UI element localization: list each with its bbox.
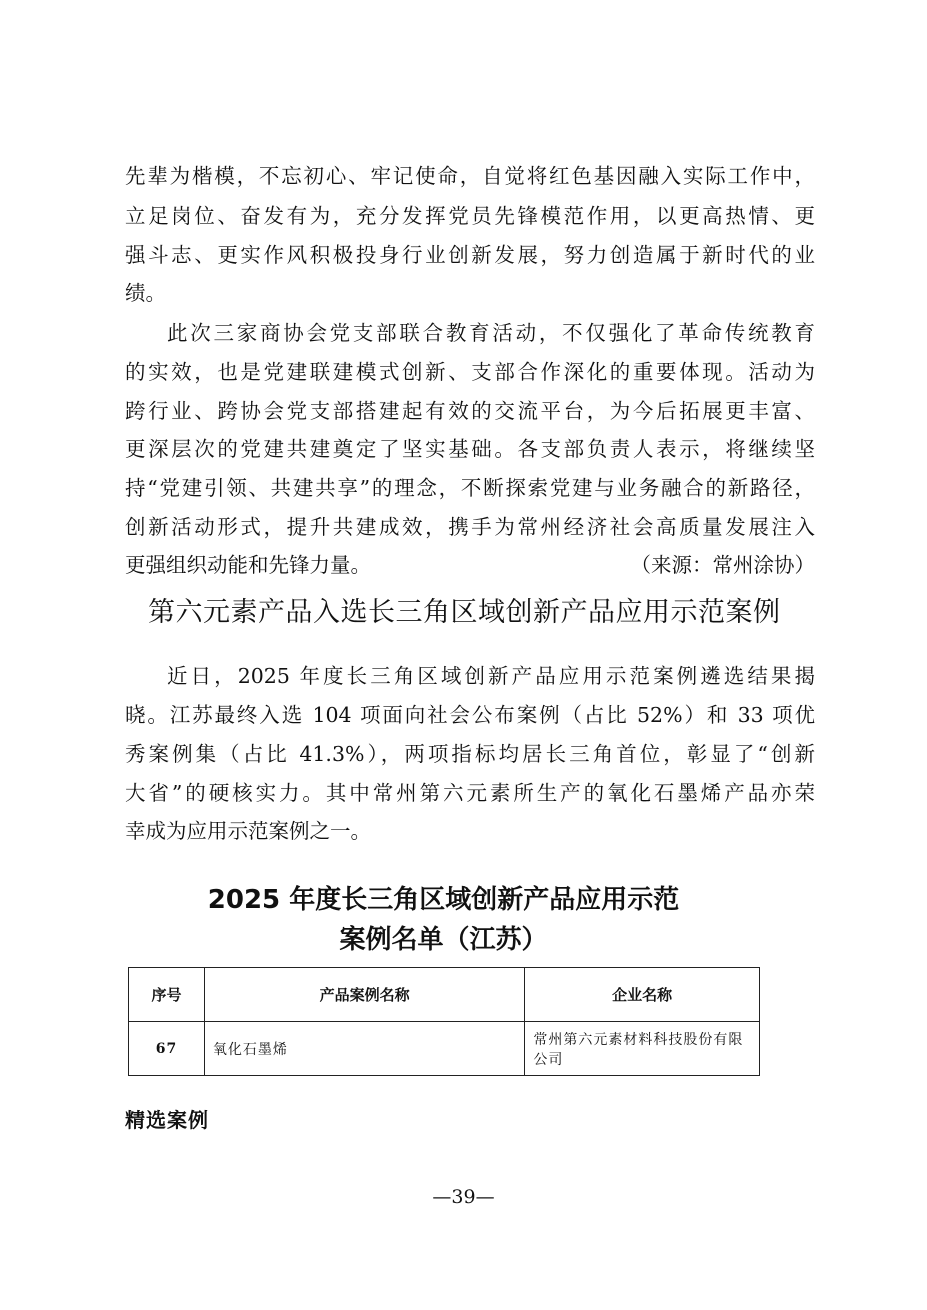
column-header-index: 序号 — [129, 968, 205, 1022]
paragraph-line: 秀案例集（占比 41.3%），两项指标均居长三角首位，彰显了“创新 — [125, 739, 815, 769]
paragraph-line: 此次三家商协会党支部联合教育活动，不仅强化了革命传统教育 — [125, 318, 815, 348]
source-attribution: （来源：常州涂协） — [631, 550, 816, 580]
figure-title-line-2: 案例名单（江苏） — [128, 920, 759, 960]
paragraph-line: 更深层次的党建共建奠定了坚实基础。各支部负责人表示，将继续坚 — [125, 434, 815, 464]
column-header-product: 产品案例名称 — [204, 968, 524, 1022]
paragraph-line: 持“党建引领、共建共享”的理念，不断探索党建与业务融合的新路径， — [125, 473, 815, 503]
paragraph-line: 强斗志、更实作风积极投身行业创新发展，努力创造属于新时代的业 — [125, 240, 815, 270]
figure-title-line-1: 2025 年度长三角区域创新产品应用示范 — [128, 880, 759, 920]
section-heading: 第六元素产品入选长三角区域创新产品应用示范案例 — [148, 593, 788, 633]
paragraph-line: 幸成为应用示范案例之一。 — [125, 816, 815, 846]
paragraph-line: 立足岗位、奋发有为，充分发挥党员先锋模范作用，以更高热情、更 — [125, 201, 815, 231]
sub-heading: 精选案例 — [125, 1104, 209, 1133]
column-header-company: 企业名称 — [525, 968, 760, 1022]
cell-index: 67 — [129, 1022, 205, 1076]
paragraph-line: 近日，2025 年度长三角区域创新产品应用示范案例遴选结果揭 — [125, 661, 815, 691]
paragraph-line: 先辈为楷模，不忘初心、牢记使命，自觉将红色基因融入实际工作中， — [125, 161, 815, 191]
paragraph-line: 更强组织动能和先锋力量。 （来源：常州涂协） — [125, 550, 815, 580]
paragraph-line: 晓。江苏最终入选 104 项面向社会公布案例（占比 52%）和 33 项优 — [125, 700, 815, 730]
paragraph-line: 创新活动形式，提升共建成效，携手为常州经济社会高质量发展注入 — [125, 512, 815, 542]
paragraph-text: 更强组织动能和先锋力量。 — [125, 553, 371, 577]
paragraph-line: 跨行业、跨协会党支部搭建起有效的交流平台，为今后拓展更丰富、 — [125, 396, 815, 426]
table-row: 67 氧化石墨烯 常州第六元素材料科技股份有限公司 — [129, 1022, 760, 1076]
cell-company: 常州第六元素材料科技股份有限公司 — [525, 1022, 760, 1076]
cell-product: 氧化石墨烯 — [204, 1022, 524, 1076]
paragraph-line: 绩。 — [125, 278, 815, 308]
paragraph-line: 大省”的硬核实力。其中常州第六元素所生产的氧化石墨烯产品亦荣 — [125, 778, 815, 808]
case-list-table: 序号 产品案例名称 企业名称 67 氧化石墨烯 常州第六元素材料科技股份有限公司 — [128, 967, 760, 1076]
table-header-row: 序号 产品案例名称 企业名称 — [129, 968, 760, 1022]
paragraph-line: 的实效，也是党建联建模式创新、支部合作深化的重要体现。活动为 — [125, 357, 815, 387]
page-number: —39— — [0, 1186, 927, 1208]
